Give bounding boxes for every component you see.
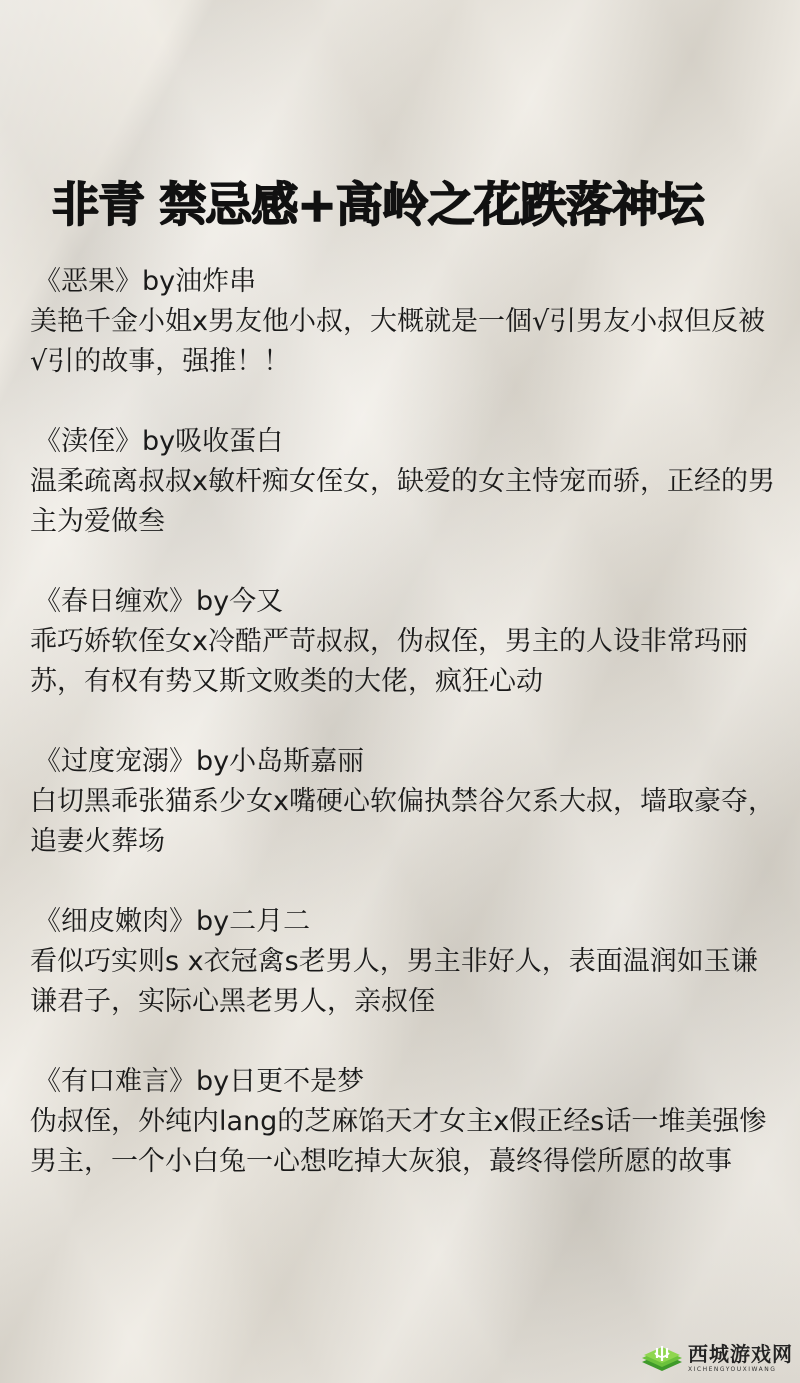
wheat-layers-logo-icon (640, 1341, 684, 1375)
book-title: 《渎侄》 (34, 426, 142, 457)
book-entry: 《春日缠欢》by今又 乖巧娇软侄女x冷酷严苛叔叔，伪叔侄，男主的人设非常玛丽苏，… (30, 582, 780, 702)
book-header: 《细皮嫩肉》by二月二 (30, 902, 780, 942)
watermark-text: 西城游戏网 XICHENGYOUXIWANG (688, 1343, 793, 1374)
book-description: 美艳千金小姐x男友他小叔，大概就是一個√引男友小叔但反被√引的故事，强推！！ (30, 302, 780, 382)
book-description: 伪叔侄，外纯内lang的芝麻馅天才女主x假正经s话一堆美强惨男主，一个小白兔一心… (30, 1102, 780, 1182)
book-entry: 《渎侄》by吸收蛋白 温柔疏离叔叔x敏杆痴女侄女，缺爱的女主恃宠而骄，正经的男主… (30, 422, 780, 542)
book-header: 《春日缠欢》by今又 (30, 582, 780, 622)
watermark-logo: 西城游戏网 XICHENGYOUXIWANG (640, 1336, 800, 1380)
book-author: by二月二 (196, 906, 310, 937)
book-description: 看似巧实则s x衣冠禽s老男人，男主非好人，表面温润如玉谦谦君子，实际心黑老男人… (30, 942, 780, 1022)
book-entry: 《细皮嫩肉》by二月二 看似巧实则s x衣冠禽s老男人，男主非好人，表面温润如玉… (30, 902, 780, 1022)
book-header: 《渎侄》by吸收蛋白 (30, 422, 780, 462)
book-author: by今又 (196, 586, 283, 617)
watermark-text-en: XICHENGYOUXIWANG (688, 1365, 793, 1374)
book-author: by小岛斯嘉丽 (196, 746, 364, 777)
book-description: 白切黑乖张猫系少女x嘴硬心软偏执禁谷欠系大叔，墙取豪夺，追妻火葬场 (30, 782, 780, 862)
book-description: 温柔疏离叔叔x敏杆痴女侄女，缺爱的女主恃宠而骄，正经的男主为爱做叁 (30, 462, 780, 542)
book-title: 《有口难言》 (34, 1066, 196, 1097)
book-title: 《恶果》 (34, 266, 142, 297)
book-title: 《细皮嫩肉》 (34, 906, 196, 937)
book-author: by油炸串 (142, 266, 256, 297)
book-list: 《恶果》by油炸串 美艳千金小姐x男友他小叔，大概就是一個√引男友小叔但反被√引… (30, 262, 780, 1222)
book-header: 《过度宠溺》by小岛斯嘉丽 (30, 742, 780, 782)
page-title: 非青 禁忌感+高岭之花跌落神坛 (52, 168, 800, 235)
book-title: 《春日缠欢》 (34, 586, 196, 617)
book-header: 《恶果》by油炸串 (30, 262, 780, 302)
watermark-text-cn: 西城游戏网 (688, 1343, 793, 1365)
book-author: by日更不是梦 (196, 1066, 364, 1097)
book-title: 《过度宠溺》 (34, 746, 196, 777)
book-description: 乖巧娇软侄女x冷酷严苛叔叔，伪叔侄，男主的人设非常玛丽苏，有权有势又斯文败类的大… (30, 622, 780, 702)
book-header: 《有口难言》by日更不是梦 (30, 1062, 780, 1102)
book-entry: 《过度宠溺》by小岛斯嘉丽 白切黑乖张猫系少女x嘴硬心软偏执禁谷欠系大叔，墙取豪… (30, 742, 780, 862)
book-entry: 《有口难言》by日更不是梦 伪叔侄，外纯内lang的芝麻馅天才女主x假正经s话一… (30, 1062, 780, 1182)
book-entry: 《恶果》by油炸串 美艳千金小姐x男友他小叔，大概就是一個√引男友小叔但反被√引… (30, 262, 780, 382)
book-author: by吸收蛋白 (142, 426, 283, 457)
